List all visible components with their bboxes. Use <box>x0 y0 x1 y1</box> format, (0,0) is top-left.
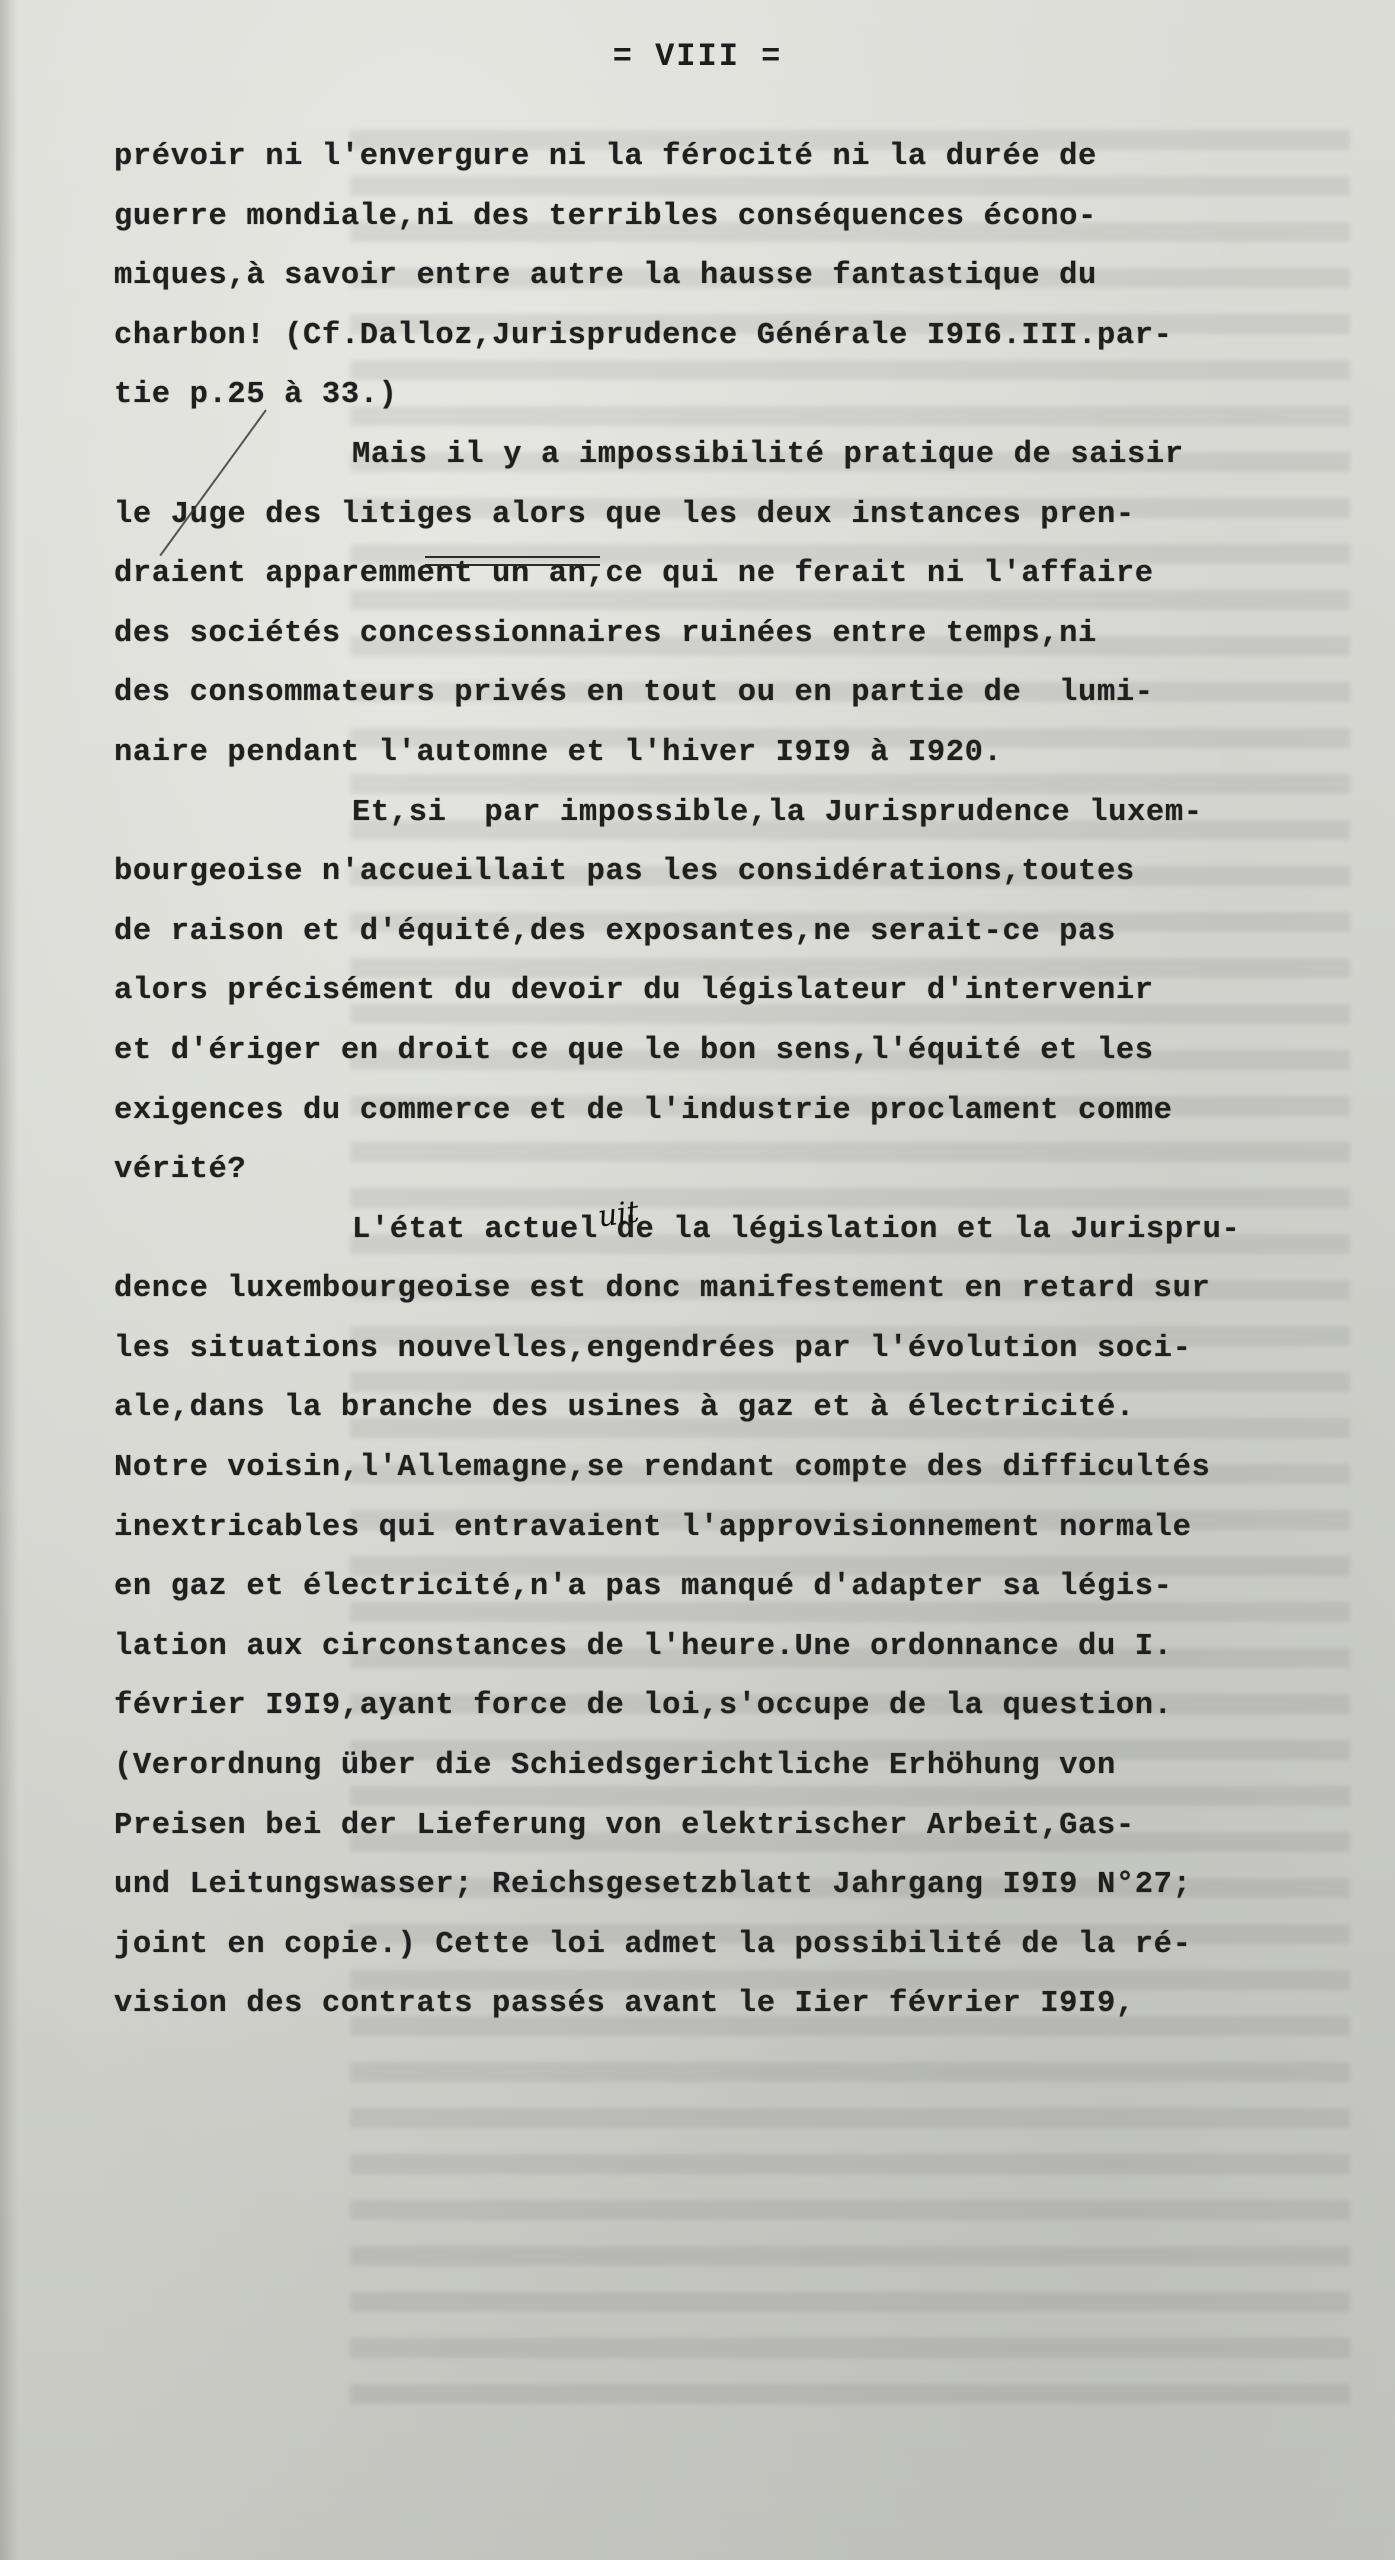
text-line: miques,à savoir entre autre la hausse fa… <box>114 247 1384 307</box>
text-line: lation aux circonstances de l'heure.Une … <box>114 1618 1384 1678</box>
text-line: Notre voisin,l'Allemagne,se rendant comp… <box>114 1439 1384 1499</box>
text-line: les situations nouvelles,engendrées par … <box>114 1320 1384 1380</box>
typewritten-body: prévoir ni l'envergure ni la férocité ni… <box>114 128 1384 2035</box>
text-line: inextricables qui entravaient l'approvis… <box>114 1499 1384 1559</box>
text-line: ale,dans la branche des usines à gaz et … <box>114 1379 1384 1439</box>
text-line: en gaz et électricité,n'a pas manqué d'a… <box>114 1558 1384 1618</box>
text-line: naire pendant l'automne et l'hiver I9I9 … <box>114 724 1384 784</box>
text-line: (Verordnung über die Schiedsgerichtliche… <box>114 1737 1384 1797</box>
text-line: L'état actuel de la législation et la Ju… <box>114 1201 1384 1261</box>
text-line: charbon! (Cf.Dalloz,Jurisprudence Généra… <box>114 307 1384 367</box>
double-underline-mark <box>425 556 600 566</box>
text-line: exigences du commerce et de l'industrie … <box>114 1082 1384 1142</box>
text-line: vérité? <box>114 1141 1384 1201</box>
text-line: guerre mondiale,ni des terribles conséqu… <box>114 188 1384 248</box>
text-line: prévoir ni l'envergure ni la férocité ni… <box>114 128 1384 188</box>
text-line: dence luxembourgeoise est donc manifeste… <box>114 1260 1384 1320</box>
text-line: und Leitungswasser; Reichsgesetzblatt Ja… <box>114 1856 1384 1916</box>
text-line: Preisen bei der Lieferung von elektrisch… <box>114 1797 1384 1857</box>
text-line: draient apparemment un an,ce qui ne fera… <box>114 545 1384 605</box>
text-line: février I9I9,ayant force de loi,s'occupe… <box>114 1677 1384 1737</box>
text-line: Mais il y a impossibilité pratique de sa… <box>114 426 1384 486</box>
text-line: vision des contrats passés avant le Iier… <box>114 1975 1384 2035</box>
text-line: le Juge des litiges alors que les deux i… <box>114 486 1384 546</box>
page-number: = VIII = <box>0 38 1395 75</box>
text-line: Et,si par impossible,la Jurisprudence lu… <box>114 784 1384 844</box>
text-line: alors précisément du devoir du législate… <box>114 962 1384 1022</box>
text-line: joint en copie.) Cette loi admet la poss… <box>114 1916 1384 1976</box>
text-line: de raison et d'équité,des exposantes,ne … <box>114 903 1384 963</box>
text-line: et d'ériger en droit ce que le bon sens,… <box>114 1022 1384 1082</box>
text-line: des consommateurs privés en tout ou en p… <box>114 664 1384 724</box>
text-line: des sociétés concessionnaires ruinées en… <box>114 605 1384 665</box>
text-line: tie p.25 à 33.) <box>114 366 1384 426</box>
text-line: bourgeoise n'accueillait pas les considé… <box>114 843 1384 903</box>
handwritten-correction: uit <box>596 1194 641 1234</box>
